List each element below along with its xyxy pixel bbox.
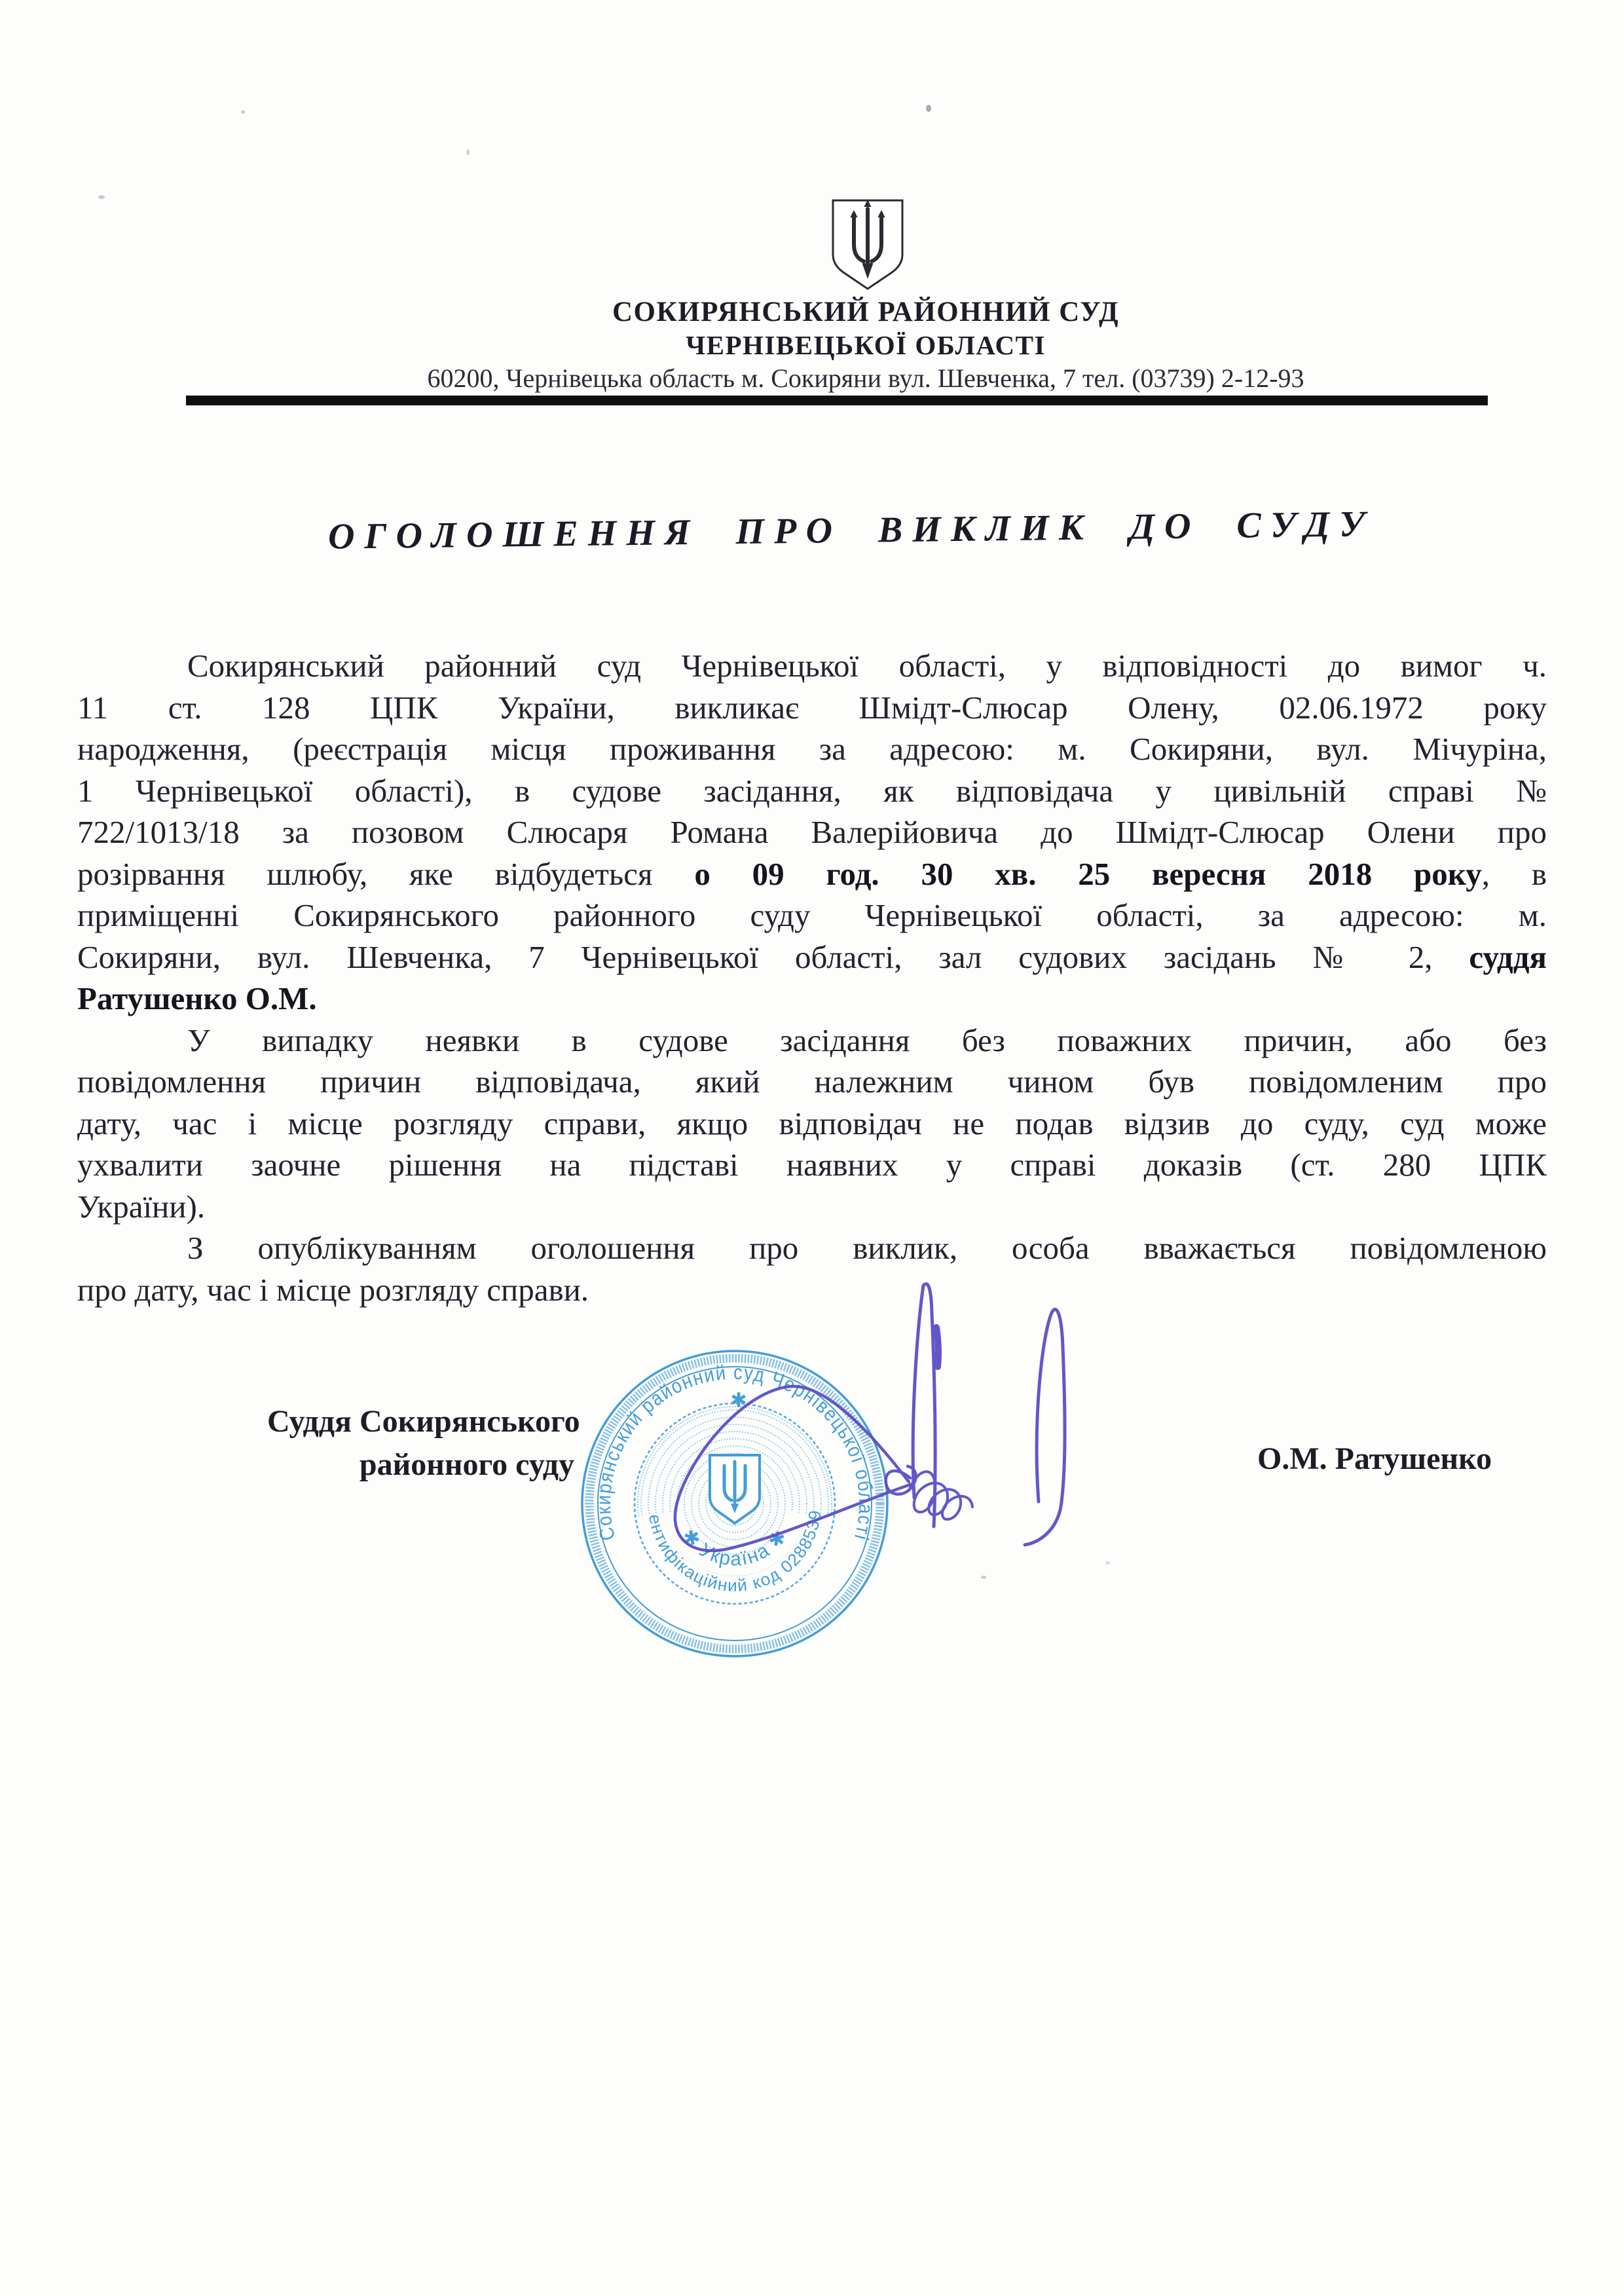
scan-speck xyxy=(981,1576,986,1579)
court-address: 60200, Чернівецька область м. Сокиряни в… xyxy=(54,363,1624,394)
scan-speck xyxy=(466,149,470,155)
body-text-bold: суддя xyxy=(1469,939,1547,975)
document-title: ОГОЛОШЕННЯ ПРО ВИКЛИК ДО СУДУ xyxy=(39,500,1624,561)
judge-name: О.М. Ратушенко xyxy=(1257,1441,1492,1477)
body-text-bold: о 09 год. 30 хв. 25 вересня 2018 року xyxy=(694,856,1481,892)
scan-speck xyxy=(1105,1561,1110,1565)
body-line: 1 Чернівецької області), в судове засіда… xyxy=(77,770,1547,812)
body-line: приміщенні Сокирянського районного суду … xyxy=(77,895,1547,936)
header-divider-rule xyxy=(186,396,1488,405)
body-line: З опублікуванням оголошення про виклик, … xyxy=(77,1227,1547,1269)
body-text: З опублікуванням оголошення про виклик, … xyxy=(187,1230,1547,1266)
court-name-line2: ЧЕРНІВЕЦЬКОЇ ОБЛАСТІ xyxy=(54,329,1624,361)
body-line: України). xyxy=(77,1186,1547,1228)
body-text: повідомлення причин відповідача, який на… xyxy=(77,1064,1547,1100)
body-line: 722/1013/18 за позовом Слюсаря Романа Ва… xyxy=(77,811,1547,853)
body-line: розірвання шлюбу, яке відбудеться о 09 г… xyxy=(77,853,1547,895)
body-line: Сокиряни, вул. Шевченка, 7 Чернівецької … xyxy=(77,936,1547,978)
body-line: 11 ст. 128 ЦПК України, викликає Шмідт-С… xyxy=(77,687,1547,729)
body-text: України). xyxy=(77,1189,205,1225)
body-text: ухвалити заочне рішення на підставі наяв… xyxy=(77,1147,1547,1183)
body-line: народження, (реєстрація місця проживання… xyxy=(77,728,1547,770)
body-text: народження, (реєстрація місця проживання… xyxy=(77,731,1547,767)
court-name-line1: СОКИРЯНСЬКИЙ РАЙОННИЙ СУД xyxy=(54,296,1624,328)
body-text: приміщенні Сокирянського районного суду … xyxy=(77,897,1547,933)
body-text: , в xyxy=(1482,856,1547,892)
body-line: Ратушенко О.М. xyxy=(77,978,1547,1020)
body-line: У випадку неявки в судове засідання без … xyxy=(77,1020,1547,1062)
body-text-bold: Ратушенко О.М. xyxy=(77,980,317,1016)
scan-speck xyxy=(98,195,105,199)
scanned-court-document: СОКИРЯНСЬКИЙ РАЙОННИЙ СУД ЧЕРНІВЕЦЬКОЇ О… xyxy=(0,0,1624,2296)
body-text: У випадку неявки в судове засідання без … xyxy=(187,1022,1547,1058)
body-text: Сокиряни, вул. Шевченка, 7 Чернівецької … xyxy=(77,939,1469,975)
body-line: Сокирянський районний суд Чернівецької о… xyxy=(77,645,1547,687)
ukraine-trident-emblem-icon xyxy=(830,198,905,291)
body-line: ухвалити заочне рішення на підставі наяв… xyxy=(77,1144,1547,1186)
body-text: 11 ст. 128 ЦПК України, викликає Шмідт-С… xyxy=(77,690,1547,726)
body-text: Сокирянський районний суд Чернівецької о… xyxy=(187,648,1547,684)
body-text: про дату, час і місце розгляду справи. xyxy=(77,1272,589,1308)
body-text: 722/1013/18 за позовом Слюсаря Романа Ва… xyxy=(77,814,1547,850)
body-text: дату, час і місце розгляду справи, якщо … xyxy=(77,1105,1547,1141)
document-body: Сокирянський районний суд Чернівецької о… xyxy=(77,645,1547,1310)
body-text: 1 Чернівецької області), в судове засіда… xyxy=(77,773,1547,809)
body-text: розірвання шлюбу, яке відбудеться xyxy=(77,856,694,892)
scan-speck xyxy=(926,105,931,112)
body-line: повідомлення причин відповідача, який на… xyxy=(77,1061,1547,1103)
scan-speck xyxy=(241,110,245,114)
judge-signature-icon xyxy=(629,1274,1100,1667)
body-line: дату, час і місце розгляду справи, якщо … xyxy=(77,1103,1547,1145)
